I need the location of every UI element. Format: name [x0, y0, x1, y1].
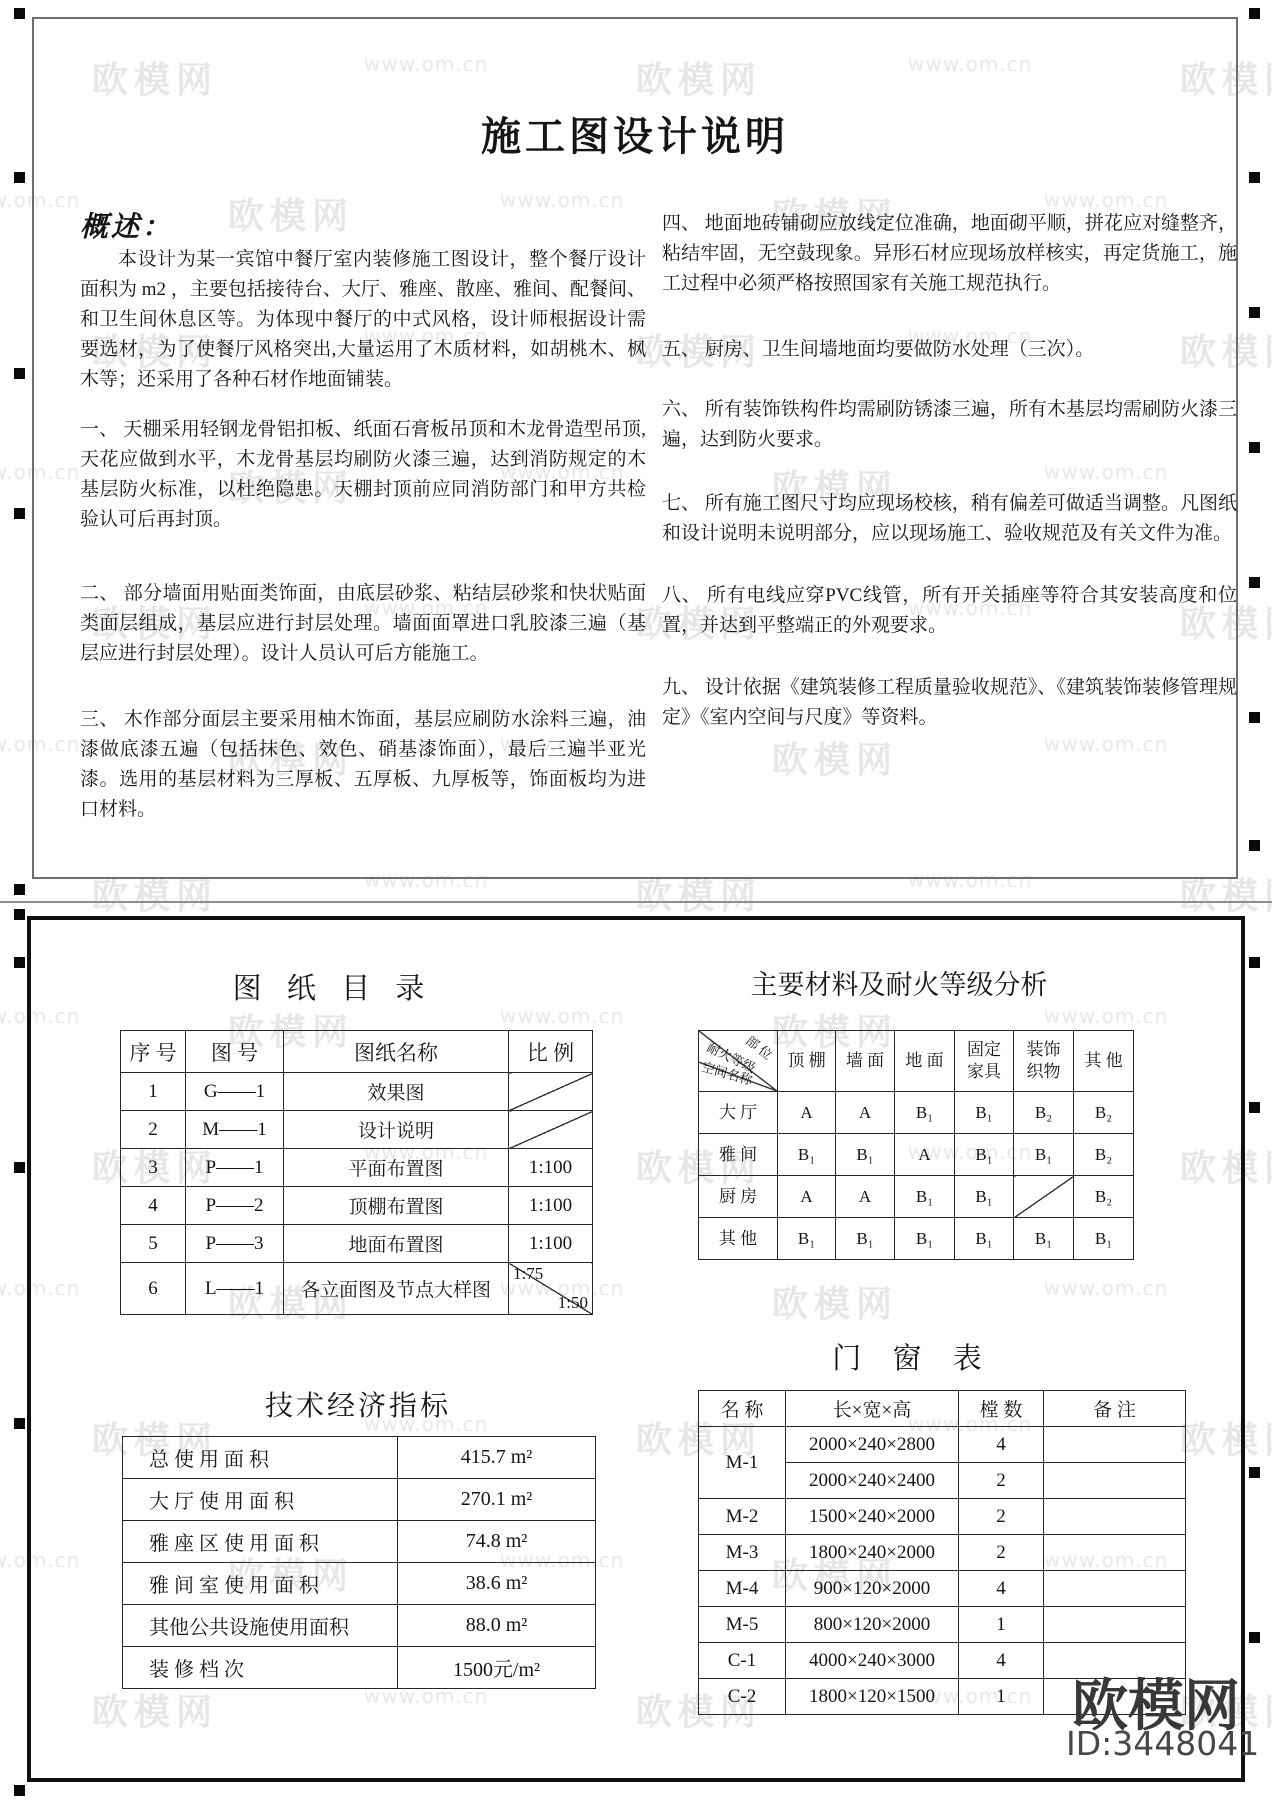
doors-header-cell: 备 注 [1044, 1391, 1186, 1427]
materials-space-cell: 其 他 [699, 1218, 778, 1260]
spec-right-column: 四、 地面地砖铺砌应放线定位准确，地面砌平顺，拼花应对缝整齐，粘结牢固，无空鼓现… [662, 209, 1237, 733]
materials-rating-cell: B₁ [1014, 1134, 1074, 1176]
catalog-name-cell: 效果图 [284, 1073, 509, 1111]
doors-note-cell [1044, 1427, 1186, 1463]
spec-left-column: 本设计为某一宾馆中餐厅室内装修施工图设计，整个餐厅设计面积为 m2 ，主要包括接… [80, 245, 646, 825]
materials-corner-cell: 部 位耐火等级空间名称 [699, 1031, 778, 1092]
registration-mark [14, 8, 25, 19]
doors-row: M-5800×120×20001 [699, 1607, 1186, 1643]
registration-mark [1249, 840, 1260, 851]
materials-rating-cell: A [836, 1092, 895, 1134]
overview-heading: 概述： [80, 205, 173, 245]
tech-row: 总 使 用 面 积415.7 m² [123, 1437, 596, 1479]
doors-name-cell: M-5 [699, 1607, 786, 1643]
spec-paragraph: 八、 所有电线应穿PVC线管，所有开关插座等符合其安装高度和位置，并达到平整端正… [662, 581, 1237, 641]
catalog-name-cell: 顶棚布置图 [284, 1187, 509, 1225]
doors-size-cell: 4000×240×3000 [786, 1643, 959, 1679]
spec-paragraph: 六、 所有装饰铁构件均需刷防锈漆三遍，所有木基层均需刷防火漆三遍，达到防火要求。 [662, 395, 1237, 455]
catalog-code-cell: L——1 [186, 1263, 284, 1315]
tech-label-cell: 雅 间 室 使 用 面 积 [123, 1563, 398, 1605]
materials-rating-cell: A [778, 1176, 836, 1218]
tech-label-cell: 总 使 用 面 积 [123, 1437, 398, 1479]
doors-note-cell [1044, 1535, 1186, 1571]
catalog-no-cell: 3 [121, 1149, 186, 1187]
tech-label-cell: 其他公共设施使用面积 [123, 1605, 398, 1647]
materials-rating-cell: B₁ [836, 1134, 895, 1176]
materials-rating-cell: B₁ [895, 1092, 955, 1134]
doors-row: M-12000×240×28004 [699, 1427, 1186, 1463]
catalog-no-cell: 5 [121, 1225, 186, 1263]
catalog-code-cell: P——3 [186, 1225, 284, 1263]
doors-row: M-31800×240×20002 [699, 1535, 1186, 1571]
doors-name-cell: M-4 [699, 1571, 786, 1607]
registration-mark [14, 1418, 25, 1429]
catalog-code-cell: M——1 [186, 1111, 284, 1149]
registration-mark [1249, 442, 1260, 453]
tech-label-cell: 装 修 档 次 [123, 1647, 398, 1689]
catalog-scale-cell: 1:100 [509, 1149, 593, 1187]
doors-name-cell: C-2 [699, 1679, 786, 1715]
catalog-scale-cell [509, 1073, 593, 1111]
tech-value-cell: 415.7 m² [398, 1437, 596, 1479]
registration-mark [1249, 1102, 1260, 1113]
doors-size-cell: 900×120×2000 [786, 1571, 959, 1607]
doors-count-cell: 2 [959, 1499, 1044, 1535]
materials-fire-rating-table: 部 位耐火等级空间名称顶 棚墙 面地 面固定 家具装饰 织物其 他大 厅AAB₁… [698, 1030, 1134, 1260]
catalog-name-cell: 设计说明 [284, 1111, 509, 1149]
doors-note-cell [1044, 1607, 1186, 1643]
doors-size-cell: 1800×240×2000 [786, 1535, 959, 1571]
model-id: ID:3448041 [1066, 1724, 1248, 1763]
materials-rating-cell: B₁ [778, 1218, 836, 1260]
catalog-title: 图 纸 目 录 [163, 966, 503, 1007]
materials-rating-cell: B₂ [1074, 1134, 1134, 1176]
catalog-scale-cell [509, 1111, 593, 1149]
tech-title: 技术经济指标 [188, 1384, 528, 1424]
materials-header-cell: 其 他 [1074, 1031, 1134, 1092]
tech-economic-table: 总 使 用 面 积415.7 m²大 厅 使 用 面 积270.1 m²雅 座 … [122, 1436, 596, 1689]
doors-size-cell: 1800×120×1500 [786, 1679, 959, 1715]
materials-rating-cell: A [778, 1092, 836, 1134]
doors-size-cell: 2000×240×2400 [786, 1463, 959, 1499]
materials-rating-cell: B₁ [955, 1176, 1014, 1218]
materials-rating-cell: B₁ [955, 1134, 1014, 1176]
doors-name-cell: M-2 [699, 1499, 786, 1535]
drawing-catalog-table: 序 号图 号图纸名称比 例1G——1效果图2M——1设计说明3P——1平面布置图… [120, 1030, 593, 1315]
spec-intro-paragraph: 本设计为某一宾馆中餐厅室内装修施工图设计，整个餐厅设计面积为 m2 ，主要包括接… [80, 245, 646, 395]
tech-row: 装 修 档 次1500元/m² [123, 1647, 596, 1689]
catalog-no-cell: 6 [121, 1263, 186, 1315]
materials-header-cell: 装饰 织物 [1014, 1031, 1074, 1092]
registration-mark [14, 1162, 25, 1173]
tech-value-cell: 270.1 m² [398, 1479, 596, 1521]
doors-title: 门 窗 表 [813, 1336, 1013, 1377]
registration-mark [14, 368, 25, 379]
catalog-row: 2M——1设计说明 [121, 1111, 593, 1149]
doors-header-cell: 名 称 [699, 1391, 786, 1427]
materials-rating-cell: B₁ [895, 1176, 955, 1218]
doors-note-cell [1044, 1499, 1186, 1535]
doors-name-cell: M-3 [699, 1535, 786, 1571]
materials-space-cell: 厨 房 [699, 1176, 778, 1218]
tech-label-cell: 雅 座 区 使 用 面 积 [123, 1521, 398, 1563]
tech-value-cell: 88.0 m² [398, 1605, 596, 1647]
registration-mark [14, 508, 25, 519]
materials-header-cell: 固定 家具 [955, 1031, 1014, 1092]
registration-mark [1249, 712, 1260, 723]
tech-row: 大 厅 使 用 面 积270.1 m² [123, 1479, 596, 1521]
catalog-header-row: 序 号图 号图纸名称比 例 [121, 1031, 593, 1073]
materials-rating-cell: B₁ [895, 1218, 955, 1260]
doors-count-cell: 4 [959, 1427, 1044, 1463]
doors-size-cell: 1500×240×2000 [786, 1499, 959, 1535]
materials-row: 雅 间B₁B₁AB₁B₁B₂ [699, 1134, 1134, 1176]
tech-row: 雅 间 室 使 用 面 积38.6 m² [123, 1563, 596, 1605]
materials-space-cell: 雅 间 [699, 1134, 778, 1176]
materials-header-row: 部 位耐火等级空间名称顶 棚墙 面地 面固定 家具装饰 织物其 他 [699, 1031, 1134, 1092]
doors-count-cell: 4 [959, 1571, 1044, 1607]
catalog-scale-cell: 1:100 [509, 1187, 593, 1225]
spec-paragraph: 四、 地面地砖铺砌应放线定位准确，地面砌平顺，拼花应对缝整齐，粘结牢固，无空鼓现… [662, 209, 1237, 299]
registration-mark [14, 884, 25, 895]
materials-rating-cell: B₁ [836, 1218, 895, 1260]
doors-size-cell: 800×120×2000 [786, 1607, 959, 1643]
spec-paragraph: 五、 厨房、卫生间墙地面均要做防水处理（三次）。 [662, 335, 1237, 365]
registration-mark [1249, 577, 1260, 588]
tech-row: 其他公共设施使用面积88.0 m² [123, 1605, 596, 1647]
catalog-scale-cell: 1:751:50 [509, 1263, 593, 1315]
scale-bottom-label: 1:50 [558, 1293, 588, 1313]
materials-header-cell: 墙 面 [836, 1031, 895, 1092]
registration-mark [1249, 1632, 1260, 1643]
doors-size-cell: 2000×240×2800 [786, 1427, 959, 1463]
doors-count-cell: 4 [959, 1643, 1044, 1679]
doors-row: M-21500×240×20002 [699, 1499, 1186, 1535]
doors-header-row: 名 称长×宽×高樘 数备 注 [699, 1391, 1186, 1427]
catalog-row: 1G——1效果图 [121, 1073, 593, 1111]
spec-paragraph: 二、 部分墙面用贴面类饰面，由底层砂浆、粘结层砂浆和快状贴面类面层组成，基层应进… [80, 579, 646, 669]
page-title: 施工图设计说明 [34, 105, 1236, 162]
registration-mark [14, 1785, 25, 1796]
catalog-row: 4P——2顶棚布置图1:100 [121, 1187, 593, 1225]
materials-rating-cell: A [836, 1176, 895, 1218]
spec-paragraph: 一、 天棚采用轻钢龙骨铝扣板、纸面石膏板吊顶和木龙骨造型吊顶,天花应做到水平，木… [80, 415, 646, 535]
doors-note-cell [1044, 1571, 1186, 1607]
tech-row: 雅 座 区 使 用 面 积74.8 m² [123, 1521, 596, 1563]
registration-mark [14, 172, 25, 183]
spec-paragraph: 三、 木作部分面层主要采用柚木饰面，基层应刷防水涂料三遍，油漆做底漆五遍（包括抹… [80, 705, 646, 825]
materials-rating-cell [1014, 1176, 1074, 1218]
doors-count-cell: 2 [959, 1463, 1044, 1499]
spec-sheet: 施工图设计说明 概述： 本设计为某一宾馆中餐厅室内装修施工图设计，整个餐厅设计面… [32, 17, 1238, 879]
catalog-row: 5P——3地面布置图1:100 [121, 1225, 593, 1263]
tech-value-cell: 38.6 m² [398, 1563, 596, 1605]
scale-top-label: 1:75 [513, 1264, 543, 1284]
doors-note-cell [1044, 1463, 1186, 1499]
catalog-name-cell: 地面布置图 [284, 1225, 509, 1263]
catalog-code-cell: G——1 [186, 1073, 284, 1111]
materials-rating-cell: B₁ [778, 1134, 836, 1176]
tech-label-cell: 大 厅 使 用 面 积 [123, 1479, 398, 1521]
spec-paragraph: 九、 设计依据《建筑装修工程质量验收规范》、《建筑装饰装修管理规定》《室内空间与… [662, 673, 1237, 733]
doors-name-cell: M-1 [699, 1427, 786, 1499]
materials-row: 其 他B₁B₁B₁B₁B₁B₁ [699, 1218, 1134, 1260]
catalog-row: 6L——1各立面图及节点大样图1:751:50 [121, 1263, 593, 1315]
materials-rating-cell: B₂ [1074, 1176, 1134, 1218]
registration-mark [1249, 307, 1260, 318]
tech-value-cell: 74.8 m² [398, 1521, 596, 1563]
registration-mark [14, 909, 25, 920]
doors-count-cell: 1 [959, 1679, 1044, 1715]
materials-title: 主要材料及耐火等级分析 [747, 963, 1051, 1002]
catalog-no-cell: 2 [121, 1111, 186, 1149]
cad-sheet-page: 欧模网www.om.cn欧模网www.om.cn欧模网www.om.cn欧模网w… [0, 0, 1272, 1800]
materials-rating-cell: B₂ [1074, 1092, 1134, 1134]
doors-header-cell: 长×宽×高 [786, 1391, 959, 1427]
catalog-name-cell: 平面布置图 [284, 1149, 509, 1187]
sheet-divider-line [0, 901, 1272, 903]
registration-mark [1249, 1467, 1260, 1478]
materials-header-cell: 地 面 [895, 1031, 955, 1092]
materials-header-cell: 顶 棚 [778, 1031, 836, 1092]
materials-rating-cell: B₂ [1014, 1092, 1074, 1134]
doors-row: M-4900×120×20004 [699, 1571, 1186, 1607]
materials-rating-cell: B₁ [1014, 1218, 1074, 1260]
catalog-header-cell: 图纸名称 [284, 1031, 509, 1073]
catalog-row: 3P——1平面布置图1:100 [121, 1149, 593, 1187]
catalog-header-cell: 序 号 [121, 1031, 186, 1073]
registration-mark [1249, 8, 1260, 19]
materials-rating-cell: B₁ [955, 1218, 1014, 1260]
doors-header-cell: 樘 数 [959, 1391, 1044, 1427]
spec-paragraph: 七、 所有施工图尺寸均应现场校核，稍有偏差可做适当调整。凡图纸和设计说明未说明部… [662, 489, 1237, 549]
catalog-header-cell: 图 号 [186, 1031, 284, 1073]
catalog-code-cell: P——2 [186, 1187, 284, 1225]
registration-mark [1249, 172, 1260, 183]
materials-rating-cell: B₁ [955, 1092, 1014, 1134]
materials-row: 大 厅AAB₁B₁B₂B₂ [699, 1092, 1134, 1134]
catalog-scale-cell: 1:100 [509, 1225, 593, 1263]
materials-rating-cell: A [895, 1134, 955, 1176]
doors-count-cell: 2 [959, 1535, 1044, 1571]
catalog-header-cell: 比 例 [509, 1031, 593, 1073]
materials-row: 厨 房AAB₁B₁B₂ [699, 1176, 1134, 1218]
catalog-code-cell: P——1 [186, 1149, 284, 1187]
catalog-no-cell: 1 [121, 1073, 186, 1111]
registration-mark [14, 957, 25, 968]
doors-count-cell: 1 [959, 1607, 1044, 1643]
catalog-name-cell: 各立面图及节点大样图 [284, 1263, 509, 1315]
doors-name-cell: C-1 [699, 1643, 786, 1679]
tech-value-cell: 1500元/m² [398, 1647, 596, 1689]
registration-mark [1249, 957, 1260, 968]
materials-space-cell: 大 厅 [699, 1092, 778, 1134]
materials-rating-cell: B₁ [1074, 1218, 1134, 1260]
catalog-no-cell: 4 [121, 1187, 186, 1225]
